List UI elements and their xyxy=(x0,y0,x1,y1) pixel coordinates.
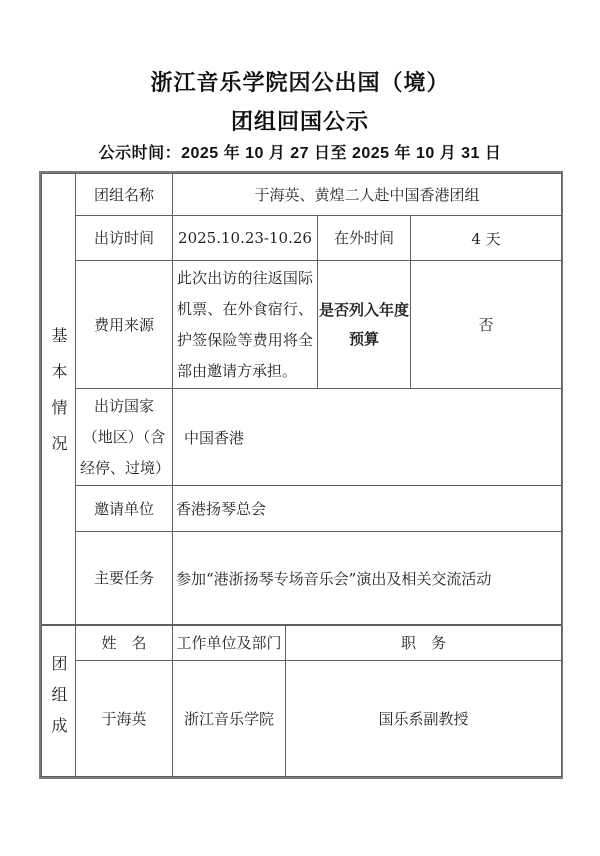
member-org-header: 工作单位及部门 xyxy=(173,626,286,661)
member-name-header: 姓 名 xyxy=(76,626,173,661)
members-header-row: 团组成 姓 名 工作单位及部门 职 务 xyxy=(42,626,562,661)
funding-label: 费用来源 xyxy=(76,261,173,389)
notice-period: 公示时间：2025 年 10 月 27 日至 2025 年 10 月 31 日 xyxy=(0,140,600,163)
row-visit-time: 出访时间 2025.10.23-10.26 在外时间 4 天 xyxy=(42,216,562,261)
inviter-value: 香港扬琴总会 xyxy=(173,486,562,532)
members-table: 团组成 姓 名 工作单位及部门 职 务 于海英 浙江音乐学院 国乐系副教授 xyxy=(41,625,562,777)
row-funding: 费用来源 此次出访的往返国际机票、在外食宿行、护签保险等费用将全部由邀请方承担。… xyxy=(42,261,562,389)
budget-value: 否 xyxy=(411,261,562,389)
member-title-header: 职 务 xyxy=(286,626,562,661)
group-name-value: 于海英、黄煌二人赴中国香港团组 xyxy=(173,174,562,216)
countries-label: 出访国家（地区）（含经停、过境） xyxy=(76,389,173,486)
member-row: 于海英 浙江音乐学院 国乐系副教授 xyxy=(42,661,562,777)
row-countries: 出访国家（地区）（含经停、过境） 中国香港 xyxy=(42,389,562,486)
days-abroad-value: 4 天 xyxy=(411,216,562,261)
inviter-label: 邀请单位 xyxy=(76,486,173,532)
task-value: 参加“港浙扬琴专场音乐会”演出及相关交流活动 xyxy=(173,532,562,625)
document-page: 浙江音乐学院因公出国（境） 团组回国公示 公示时间：2025 年 10 月 27… xyxy=(0,0,600,856)
days-abroad-label: 在外时间 xyxy=(318,216,411,261)
row-inviter: 邀请单位 香港扬琴总会 xyxy=(42,486,562,532)
member-org: 浙江音乐学院 xyxy=(173,661,286,777)
section-label-members: 团组成 xyxy=(42,626,76,777)
basic-info-table: 基本情况 团组名称 于海英、黄煌二人赴中国香港团组 出访时间 2025.10.2… xyxy=(41,173,562,625)
visit-time-value: 2025.10.23-10.26 xyxy=(173,216,318,261)
task-label: 主要任务 xyxy=(76,532,173,625)
section-label-basic-info: 基本情况 xyxy=(42,174,76,625)
row-group-name: 基本情况 团组名称 于海英、黄煌二人赴中国香港团组 xyxy=(42,174,562,216)
row-task: 主要任务 参加“港浙扬琴专场音乐会”演出及相关交流活动 xyxy=(42,532,562,625)
title-line-2: 团组回国公示 xyxy=(0,102,600,141)
member-title: 国乐系副教授 xyxy=(286,661,562,777)
notice-table: 基本情况 团组名称 于海英、黄煌二人赴中国香港团组 出访时间 2025.10.2… xyxy=(39,171,563,779)
title-line-1: 浙江音乐学院因公出国（境） xyxy=(0,63,600,102)
visit-time-label: 出访时间 xyxy=(76,216,173,261)
funding-value: 此次出访的往返国际机票、在外食宿行、护签保险等费用将全部由邀请方承担。 xyxy=(173,261,318,389)
countries-value: 中国香港 xyxy=(173,389,562,486)
group-name-label: 团组名称 xyxy=(76,174,173,216)
document-title: 浙江音乐学院因公出国（境） 团组回国公示 xyxy=(0,63,600,141)
member-name: 于海英 xyxy=(76,661,173,777)
budget-label: 是否列入年度预算 xyxy=(318,261,411,389)
